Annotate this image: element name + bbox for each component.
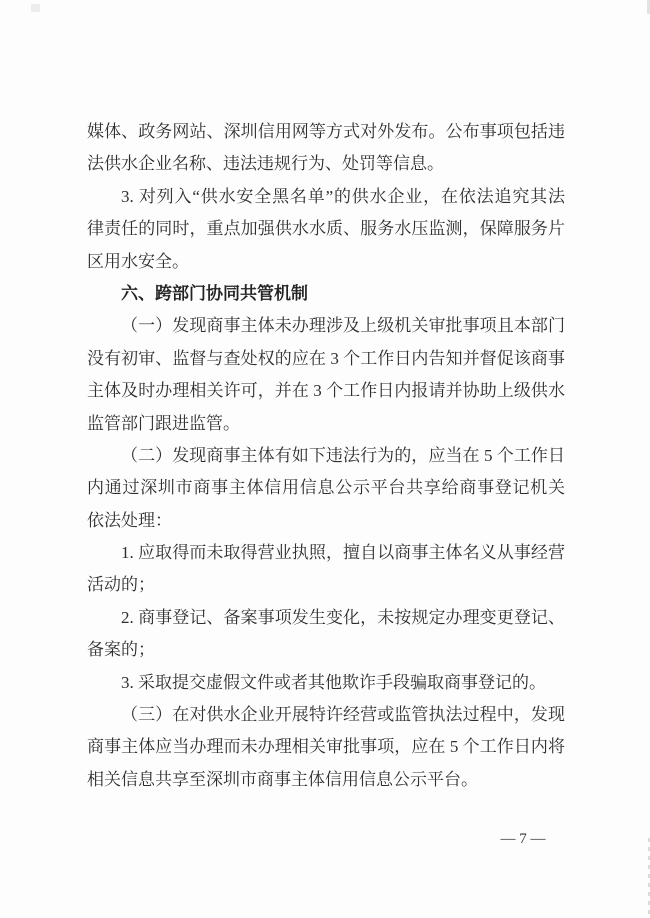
- text-line: 相关信息共享至深圳市商事主体信用信息公示平台。: [87, 764, 565, 796]
- text-line: 监管部门跟进监管。: [87, 408, 565, 440]
- list-item-line: 3. 采取提交虚假文件或者其他欺诈手段骗取商事登记的。: [87, 667, 565, 699]
- text-line: 内通过深圳市商事主体信用信息公示平台共享给商事登记机关: [87, 472, 565, 504]
- page-number: — 7 —: [491, 827, 555, 851]
- list-item-line: 3. 对列入“供水安全黑名单”的供水企业，在依法追究其法: [87, 181, 565, 213]
- text-line: 活动的；: [87, 569, 565, 601]
- list-item-line: 1. 应取得而未取得营业执照，擅自以商事主体名义从事经营: [87, 537, 565, 569]
- text-line: （三）在对供水企业开展特许经营或监管执法过程中，发现: [87, 699, 565, 731]
- section-heading: 六、跨部门协同共管机制: [87, 278, 565, 310]
- text-line: 备案的；: [87, 634, 565, 666]
- text-line: 区用水安全。: [87, 246, 565, 278]
- text-line: 没有初审、监督与查处权的应在 3 个工作日内告知并督促该商事: [87, 343, 565, 375]
- text-line: 商事主体应当办理而未办理相关审批事项，应在 5 个工作日内将: [87, 731, 565, 763]
- text-block: 媒体、政务网站、深圳信用网等方式对外发布。公布事项包括违 法供水企业名称、违法违…: [87, 116, 565, 796]
- document-page: 媒体、政务网站、深圳信用网等方式对外发布。公布事项包括违 法供水企业名称、违法违…: [0, 0, 650, 918]
- text-line: 依法处理：: [87, 505, 565, 537]
- text-line: 主体及时办理相关许可，并在 3 个工作日内报请并协助上级供水: [87, 375, 565, 407]
- text-line: 律责任的同时，重点加强供水水质、服务水压监测，保障服务片: [87, 213, 565, 245]
- text-line: 法供水企业名称、违法违规行为、处罚等信息。: [87, 148, 565, 180]
- list-item-line: 2. 商事登记、备案事项发生变化，未按规定办理变更登记、: [87, 602, 565, 634]
- text-line: （一）发现商事主体未办理涉及上级机关审批事项且本部门: [87, 310, 565, 342]
- scan-artifact: [31, 4, 40, 12]
- text-line: 媒体、政务网站、深圳信用网等方式对外发布。公布事项包括违: [87, 116, 565, 148]
- text-line: （二）发现商事主体有如下违法行为的，应当在 5 个工作日: [87, 440, 565, 472]
